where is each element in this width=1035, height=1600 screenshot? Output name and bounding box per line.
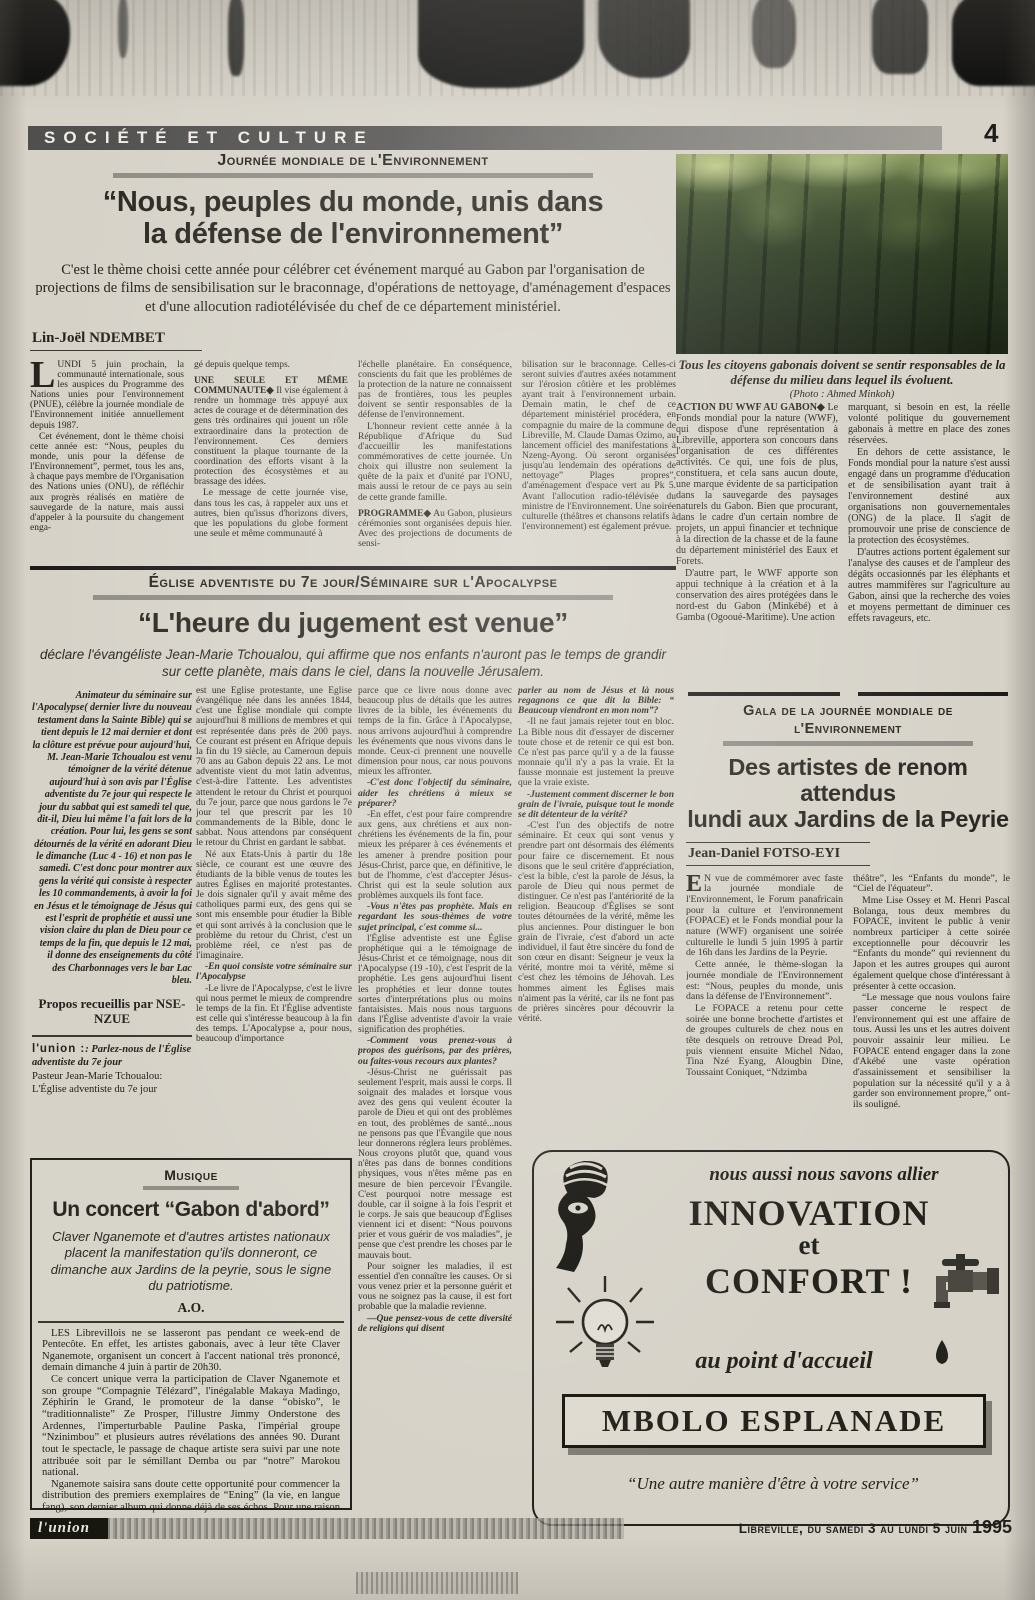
gala-column-2: théâtre”, les “Enfants du monde”, le “Ci… xyxy=(853,874,1010,1150)
scan-smudge xyxy=(952,0,1035,86)
ad-line: au point d'accueil xyxy=(624,1348,944,1375)
adventist-column-1: Animateur du séminaire sur l'Apocalypse(… xyxy=(32,690,192,1142)
article-byline: Jean-Daniel FOTSO-EYI xyxy=(686,842,870,866)
article-lede: C'est le thème choisi cette année pour c… xyxy=(30,261,676,317)
photo-credit: (Photo : Ahmed Minkoh) xyxy=(676,389,1008,400)
ad-slogan: “Une autre manière d'être à votre servic… xyxy=(564,1474,982,1494)
interview-intro: Animateur du séminaire sur l'Apocalypse(… xyxy=(32,690,192,987)
article-kicker: Église adventiste du 7e jour/Séminaire s… xyxy=(30,574,676,592)
rule xyxy=(38,1321,344,1323)
interview-byline: Propos recueillis par NSE-NZUE xyxy=(32,997,192,1027)
scan-smudge xyxy=(752,0,796,68)
drop-cap: L xyxy=(30,360,57,390)
ad-tagline: nous aussi nous savons allier xyxy=(654,1164,994,1186)
scan-smudge xyxy=(118,0,128,58)
ad-word-innovation: INNOVATION xyxy=(624,1192,994,1234)
rule xyxy=(32,1035,192,1037)
column-2: gé depuis quelque temps. UNE SEULE ET MÊ… xyxy=(194,360,348,590)
article-body: LES Librevillois ne se lasseront pas pen… xyxy=(42,1328,340,1514)
kicker-rule xyxy=(143,1186,239,1190)
article-deck: déclare l'évangéliste Jean-Marie Tchoual… xyxy=(30,647,676,681)
forest-photo xyxy=(676,154,1008,354)
section-header: SOCIÉTÉ ET CULTURE xyxy=(28,126,942,150)
scan-smudge xyxy=(0,0,70,86)
footer-date-text: Libreville, du samedi 3 au lundi 5 juin xyxy=(739,1521,968,1536)
footer-bar: l'union xyxy=(30,1518,624,1539)
ad-word-et: et xyxy=(624,1230,994,1261)
kicker-rule xyxy=(113,173,593,178)
ad-brand-name: MBOLO ESPLANADE xyxy=(562,1394,986,1448)
interview-answer-start: Pasteur Jean-Marie Tchoualou: L'Église a… xyxy=(32,1071,192,1096)
headline-line: la défense de l'environnement” xyxy=(143,218,563,250)
article-kicker: Musique xyxy=(42,1167,340,1183)
caption-text: Tous les citoyens gabonais doivent se se… xyxy=(676,358,1008,388)
kicker-rule xyxy=(723,741,973,746)
paper-logotype: l'union xyxy=(30,1518,108,1539)
article-headline: Des artistes de renom attendus lundi aux… xyxy=(686,755,1010,833)
article-headline: Un concert “Gabon d'abord” xyxy=(42,1198,340,1222)
kicker-rule xyxy=(93,595,613,600)
article-byline: A.O. xyxy=(42,1300,340,1316)
column-3: l'échelle planétaire. En conséquence, co… xyxy=(358,360,512,590)
article-deck: Claver Nganemote et d'autres artistes na… xyxy=(42,1229,340,1294)
ad-word-confort: CONFORT ! xyxy=(624,1260,994,1302)
kicker-line: Gala de la journée mondiale de xyxy=(743,703,953,719)
article-gala: Gala de la journée mondiale de l'Environ… xyxy=(686,702,1010,1150)
article-byline: Lin-Joël NDEMBET xyxy=(30,327,202,351)
article-kicker: Gala de la journée mondiale de l'Environ… xyxy=(686,702,1010,738)
scan-artifacts xyxy=(0,0,1035,96)
article-kicker: Journée mondiale de l'Environnement xyxy=(30,152,676,170)
newspaper-page: SOCIÉTÉ ET CULTURE 4 Journée mondiale de… xyxy=(0,0,1035,1600)
article-environment-day: Journée mondiale de l'Environnement “Nou… xyxy=(30,152,676,590)
wwf-column-2: marquant, si besoin en est, la réelle vo… xyxy=(848,402,1010,714)
adventist-column-3: parce que ce livre nous donne avec beauc… xyxy=(358,686,512,1570)
scan-smudge xyxy=(872,0,928,74)
article-columns: EN vue de commémorer avec faste la journ… xyxy=(686,874,1010,1150)
section-divider xyxy=(688,692,840,696)
paper-logotype: l'union : xyxy=(32,1043,85,1055)
headline-line: Des artistes de renom attendus xyxy=(728,754,967,806)
photo-caption: Tous les citoyens gabonais doivent se se… xyxy=(676,358,1008,400)
footer-year: 1995 xyxy=(972,1517,1012,1537)
gala-column-1: EN vue de commémorer avec faste la journ… xyxy=(686,874,843,1150)
wwf-column-1: ACTION DU WWF AU GABON◆ Le Fonds mondial… xyxy=(676,402,838,714)
scan-smudge xyxy=(228,0,244,76)
adventist-column-4: parler au nom de Jésus et là nous regagn… xyxy=(518,686,674,1148)
scan-stripe-artifact xyxy=(356,1572,518,1594)
article-musique: Musique Un concert “Gabon d'abord” Clave… xyxy=(30,1158,352,1510)
kicker-line: l'Environnement xyxy=(794,721,902,737)
drop-cap: E xyxy=(686,874,704,894)
article-headline: “Nous, peuples du monde, unis dans la dé… xyxy=(30,186,676,251)
footer-date: Libreville, du samedi 3 au lundi 5 juin … xyxy=(700,1517,1012,1538)
footer-stripes xyxy=(108,1518,624,1539)
article-wwf-action: ACTION DU WWF AU GABON◆ Le Fonds mondial… xyxy=(676,402,1010,714)
column-1: LUNDI 5 juin prochain, la communauté int… xyxy=(30,360,184,590)
interview-question: l'union :: Parlez-nous de l'Église adven… xyxy=(32,1043,192,1069)
headline-line: lundi aux Jardins de la Peyrie xyxy=(687,806,1008,832)
headline-line: “Nous, peuples du monde, unis dans xyxy=(103,186,604,218)
section-divider xyxy=(30,566,676,570)
column-4: bilisation sur le braconnage. Celles-ci … xyxy=(522,360,676,590)
scan-smudge xyxy=(598,0,690,78)
section-divider xyxy=(858,692,1008,696)
page-number: 4 xyxy=(984,118,998,149)
article-columns: LUNDI 5 juin prochain, la communauté int… xyxy=(30,360,676,590)
african-mask-icon xyxy=(544,1156,624,1274)
article-headline: “L'heure du jugement est venue” xyxy=(30,607,676,639)
article-adventist-header: Église adventiste du 7e jour/Séminaire s… xyxy=(30,574,676,681)
scan-smudge xyxy=(418,0,584,88)
advertisement-mbolo: nous aussi nous savons allier INNOVATION… xyxy=(532,1150,1010,1526)
adventist-column-2: est une Église protestante, une Église é… xyxy=(196,686,352,1144)
photo-block: Tous les citoyens gabonais doivent se se… xyxy=(676,154,1008,400)
